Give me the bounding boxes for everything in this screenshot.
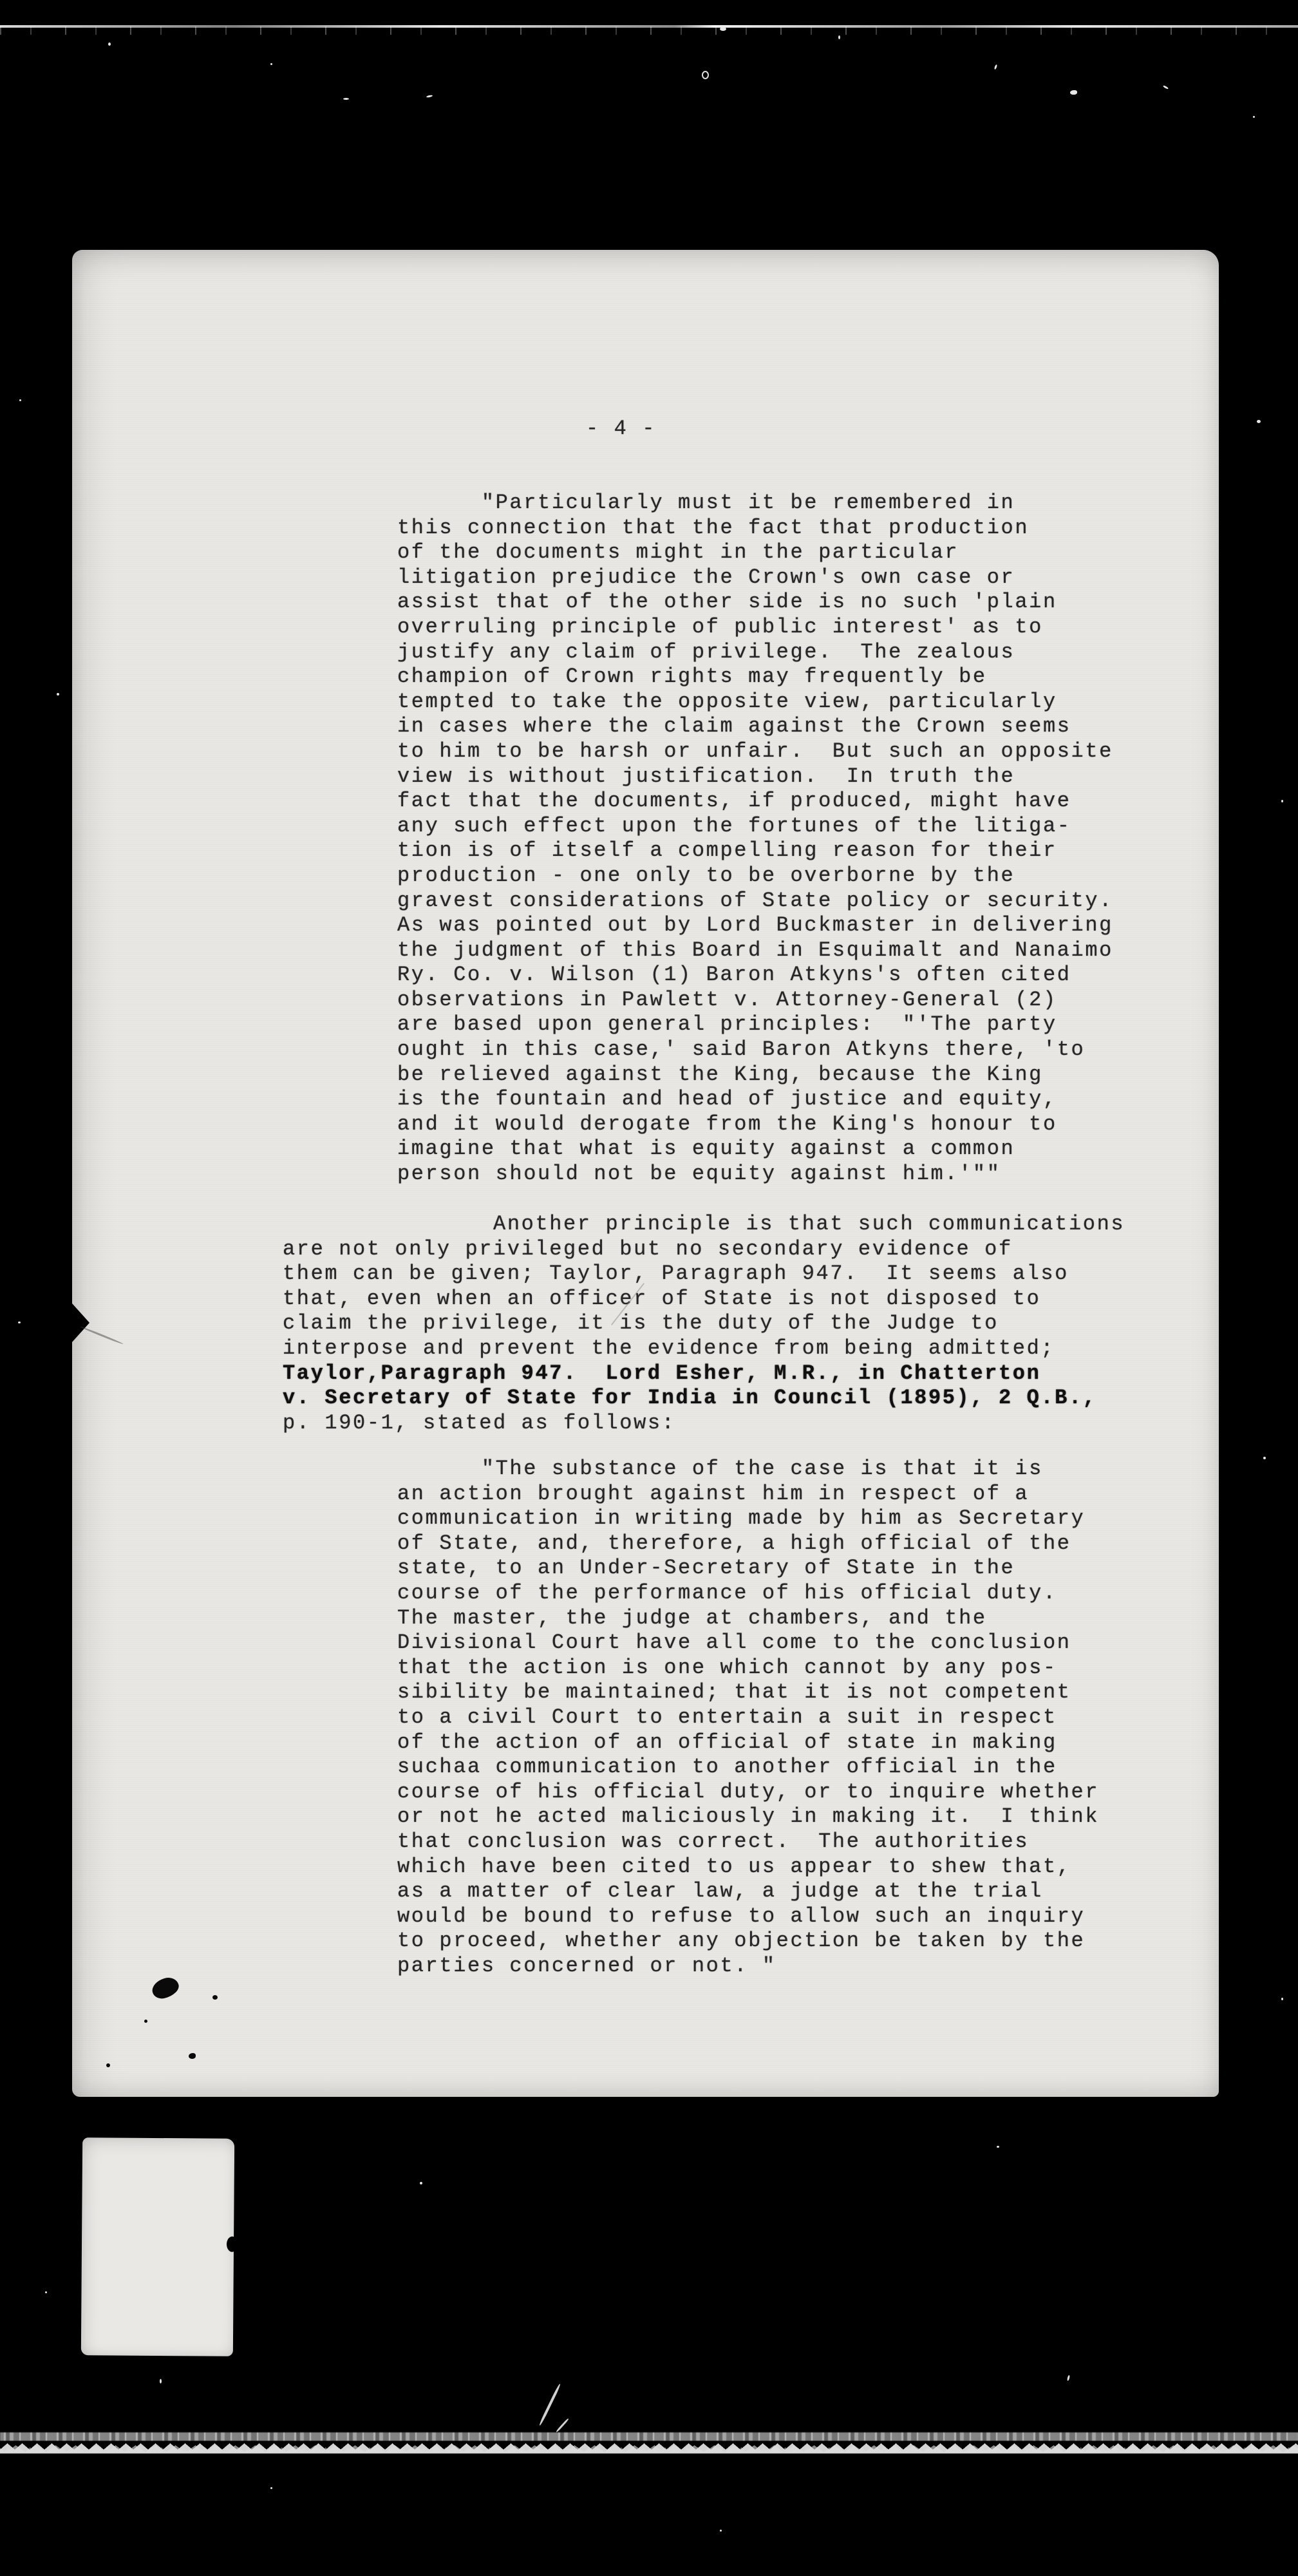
text-line: that, even when an officer of State is n… [283, 1287, 1125, 1312]
text-line: champion of Crown rights may frequently … [397, 665, 1113, 690]
text-line: claim the privilege, it is the duty of t… [283, 1311, 1125, 1336]
film-scratch [556, 2418, 569, 2433]
document-page: - 4 - "Particularly must it be remembere… [72, 250, 1219, 2097]
ink-speck [189, 2053, 196, 2059]
text-line: in cases where the claim against the Cro… [397, 714, 1113, 739]
dust-speck [702, 71, 709, 79]
text-line: Taylor,Paragraph 947. Lord Esher, M.R., … [283, 1361, 1125, 1387]
text-line: the judgment of this Board in Esquimalt … [397, 938, 1113, 963]
page-number: - 4 - [586, 416, 656, 442]
film-edge-ticks [0, 26, 1298, 35]
dust-speck [1070, 90, 1077, 95]
text-line: tempted to take the opposite view, parti… [397, 690, 1113, 715]
text-line: are not only privileged but no secondary… [283, 1237, 1125, 1262]
text-line: course of his official duty, or to inqui… [397, 1780, 1099, 1805]
text-line: is the fountain and head of justice and … [397, 1087, 1113, 1112]
dust-speck [997, 2146, 999, 2148]
quoted-passage-2: "The substance of the case is that it is… [397, 1457, 1099, 1978]
dust-speck [343, 98, 349, 100]
text-line: tion is of itself a compelling reason fo… [397, 838, 1113, 864]
dust-speck [1253, 116, 1255, 118]
text-line: to a civil Court to entertain a suit in … [397, 1705, 1099, 1730]
dust-speck [426, 95, 433, 98]
film-grain-stripe [0, 2432, 1298, 2441]
dust-speck [108, 43, 111, 46]
dust-speck [270, 63, 272, 65]
text-line: v. Secretary of State for India in Counc… [283, 1386, 1125, 1411]
text-line: person should not be equity against him.… [397, 1162, 1113, 1187]
dust-speck [420, 2182, 422, 2184]
dust-speck [1263, 1457, 1266, 1459]
text-line: The master, the judge at chambers, and t… [397, 1606, 1099, 1631]
dust-speck [18, 1321, 21, 1323]
film-scratch [538, 2383, 561, 2426]
text-line: overruling principle of public interest'… [397, 615, 1113, 640]
text-line: an action brought against him in respect… [397, 1482, 1099, 1507]
text-line: them can be given; Taylor, Paragraph 947… [283, 1262, 1125, 1287]
dust-speck [57, 693, 59, 696]
text-line: parties concerned or not. " [397, 1954, 1099, 1979]
text-line: p. 190-1, stated as follows: [283, 1411, 1125, 1436]
text-line: as a matter of clear law, a judge at the… [397, 1879, 1099, 1904]
text-line: which have been cited to us appear to sh… [397, 1855, 1099, 1880]
text-line: to him to be harsh or unfair. But such a… [397, 739, 1113, 764]
text-line: litigation prejudice the Crown's own cas… [397, 565, 1113, 591]
text-line: state, to an Under-Secretary of State in… [397, 1556, 1099, 1581]
text-line: "Particularly must it be remembered in [397, 491, 1113, 516]
dust-speck [1067, 2375, 1070, 2381]
dust-speck [838, 35, 840, 39]
text-line: are based upon general principles: "'The… [397, 1012, 1113, 1037]
text-line: Divisional Court have all come to the co… [397, 1631, 1099, 1656]
text-line: justify any claim of privilege. The zeal… [397, 640, 1113, 665]
text-line: or not he acted maliciously in making it… [397, 1804, 1099, 1830]
body-paragraph: Another principle is that such communica… [283, 1212, 1125, 1435]
text-line: sibility be maintained; that it is not c… [397, 1680, 1099, 1705]
text-line: that the action is one which cannot by a… [397, 1656, 1099, 1681]
dust-speck [1257, 420, 1261, 423]
dust-speck [1163, 85, 1169, 90]
text-line: communication in writing made by him as … [397, 1506, 1099, 1531]
text-line: gravest considerations of State policy o… [397, 889, 1113, 914]
text-line: "The substance of the case is that it is [397, 1457, 1099, 1482]
dust-speck [270, 2487, 272, 2489]
text-line: Another principle is that such communica… [283, 1212, 1125, 1237]
text-line: be relieved against the King, because th… [397, 1063, 1113, 1088]
text-line: and it would derogate from the King's ho… [397, 1112, 1113, 1137]
text-line: any such effect upon the fortunes of the… [397, 814, 1113, 839]
quoted-passage-1: "Particularly must it be remembered inth… [397, 491, 1113, 1187]
text-line: Ry. Co. v. Wilson (1) Baron Atkyns's oft… [397, 963, 1113, 988]
dust-speck [720, 2530, 722, 2532]
text-line: As was pointed out by Lord Buckmaster in… [397, 913, 1113, 938]
text-line: assist that of the other side is no such… [397, 590, 1113, 615]
microfilm-frame: - 4 - "Particularly must it be remembere… [0, 0, 1298, 2576]
text-line: of the documents might in the particular [397, 540, 1113, 565]
text-line: production - one only to be overborne by… [397, 864, 1113, 889]
text-line: ought in this case,' said Baron Atkyns t… [397, 1037, 1113, 1063]
text-line: to proceed, whether any objection be tak… [397, 1929, 1099, 1954]
dust-speck [45, 2291, 47, 2293]
text-line: would be bound to refuse to allow such a… [397, 1904, 1099, 1929]
ink-speck [106, 2063, 110, 2067]
text-line: this connection that the fact that produ… [397, 516, 1113, 541]
film-notch [72, 1303, 89, 1342]
text-line: course of the performance of his officia… [397, 1581, 1099, 1606]
text-line: of State, and, therefore, a high officia… [397, 1531, 1099, 1557]
dust-speck [1281, 800, 1283, 802]
dust-speck [994, 64, 998, 70]
text-line: suchaa communication to another official… [397, 1755, 1099, 1780]
film-noise-band [0, 2442, 1298, 2454]
text-line: that conclusion was correct. The authori… [397, 1830, 1099, 1855]
text-line: fact that the documents, if produced, mi… [397, 789, 1113, 814]
text-line: imagine that what is equity against a co… [397, 1137, 1113, 1162]
dust-speck [720, 27, 726, 31]
ink-speck [212, 1995, 218, 2000]
text-line: interpose and prevent the evidence from … [283, 1336, 1125, 1361]
ink-speck [144, 2020, 147, 2023]
text-line: of the action of an official of state in… [397, 1730, 1099, 1756]
text-line: view is without justification. In truth … [397, 764, 1113, 790]
text-line: observations in Pawlett v. Attorney-Gene… [397, 988, 1113, 1013]
dust-speck [19, 399, 21, 401]
dust-speck [160, 2379, 162, 2383]
film-patch [81, 2137, 234, 2356]
dust-speck [1281, 1998, 1283, 2000]
